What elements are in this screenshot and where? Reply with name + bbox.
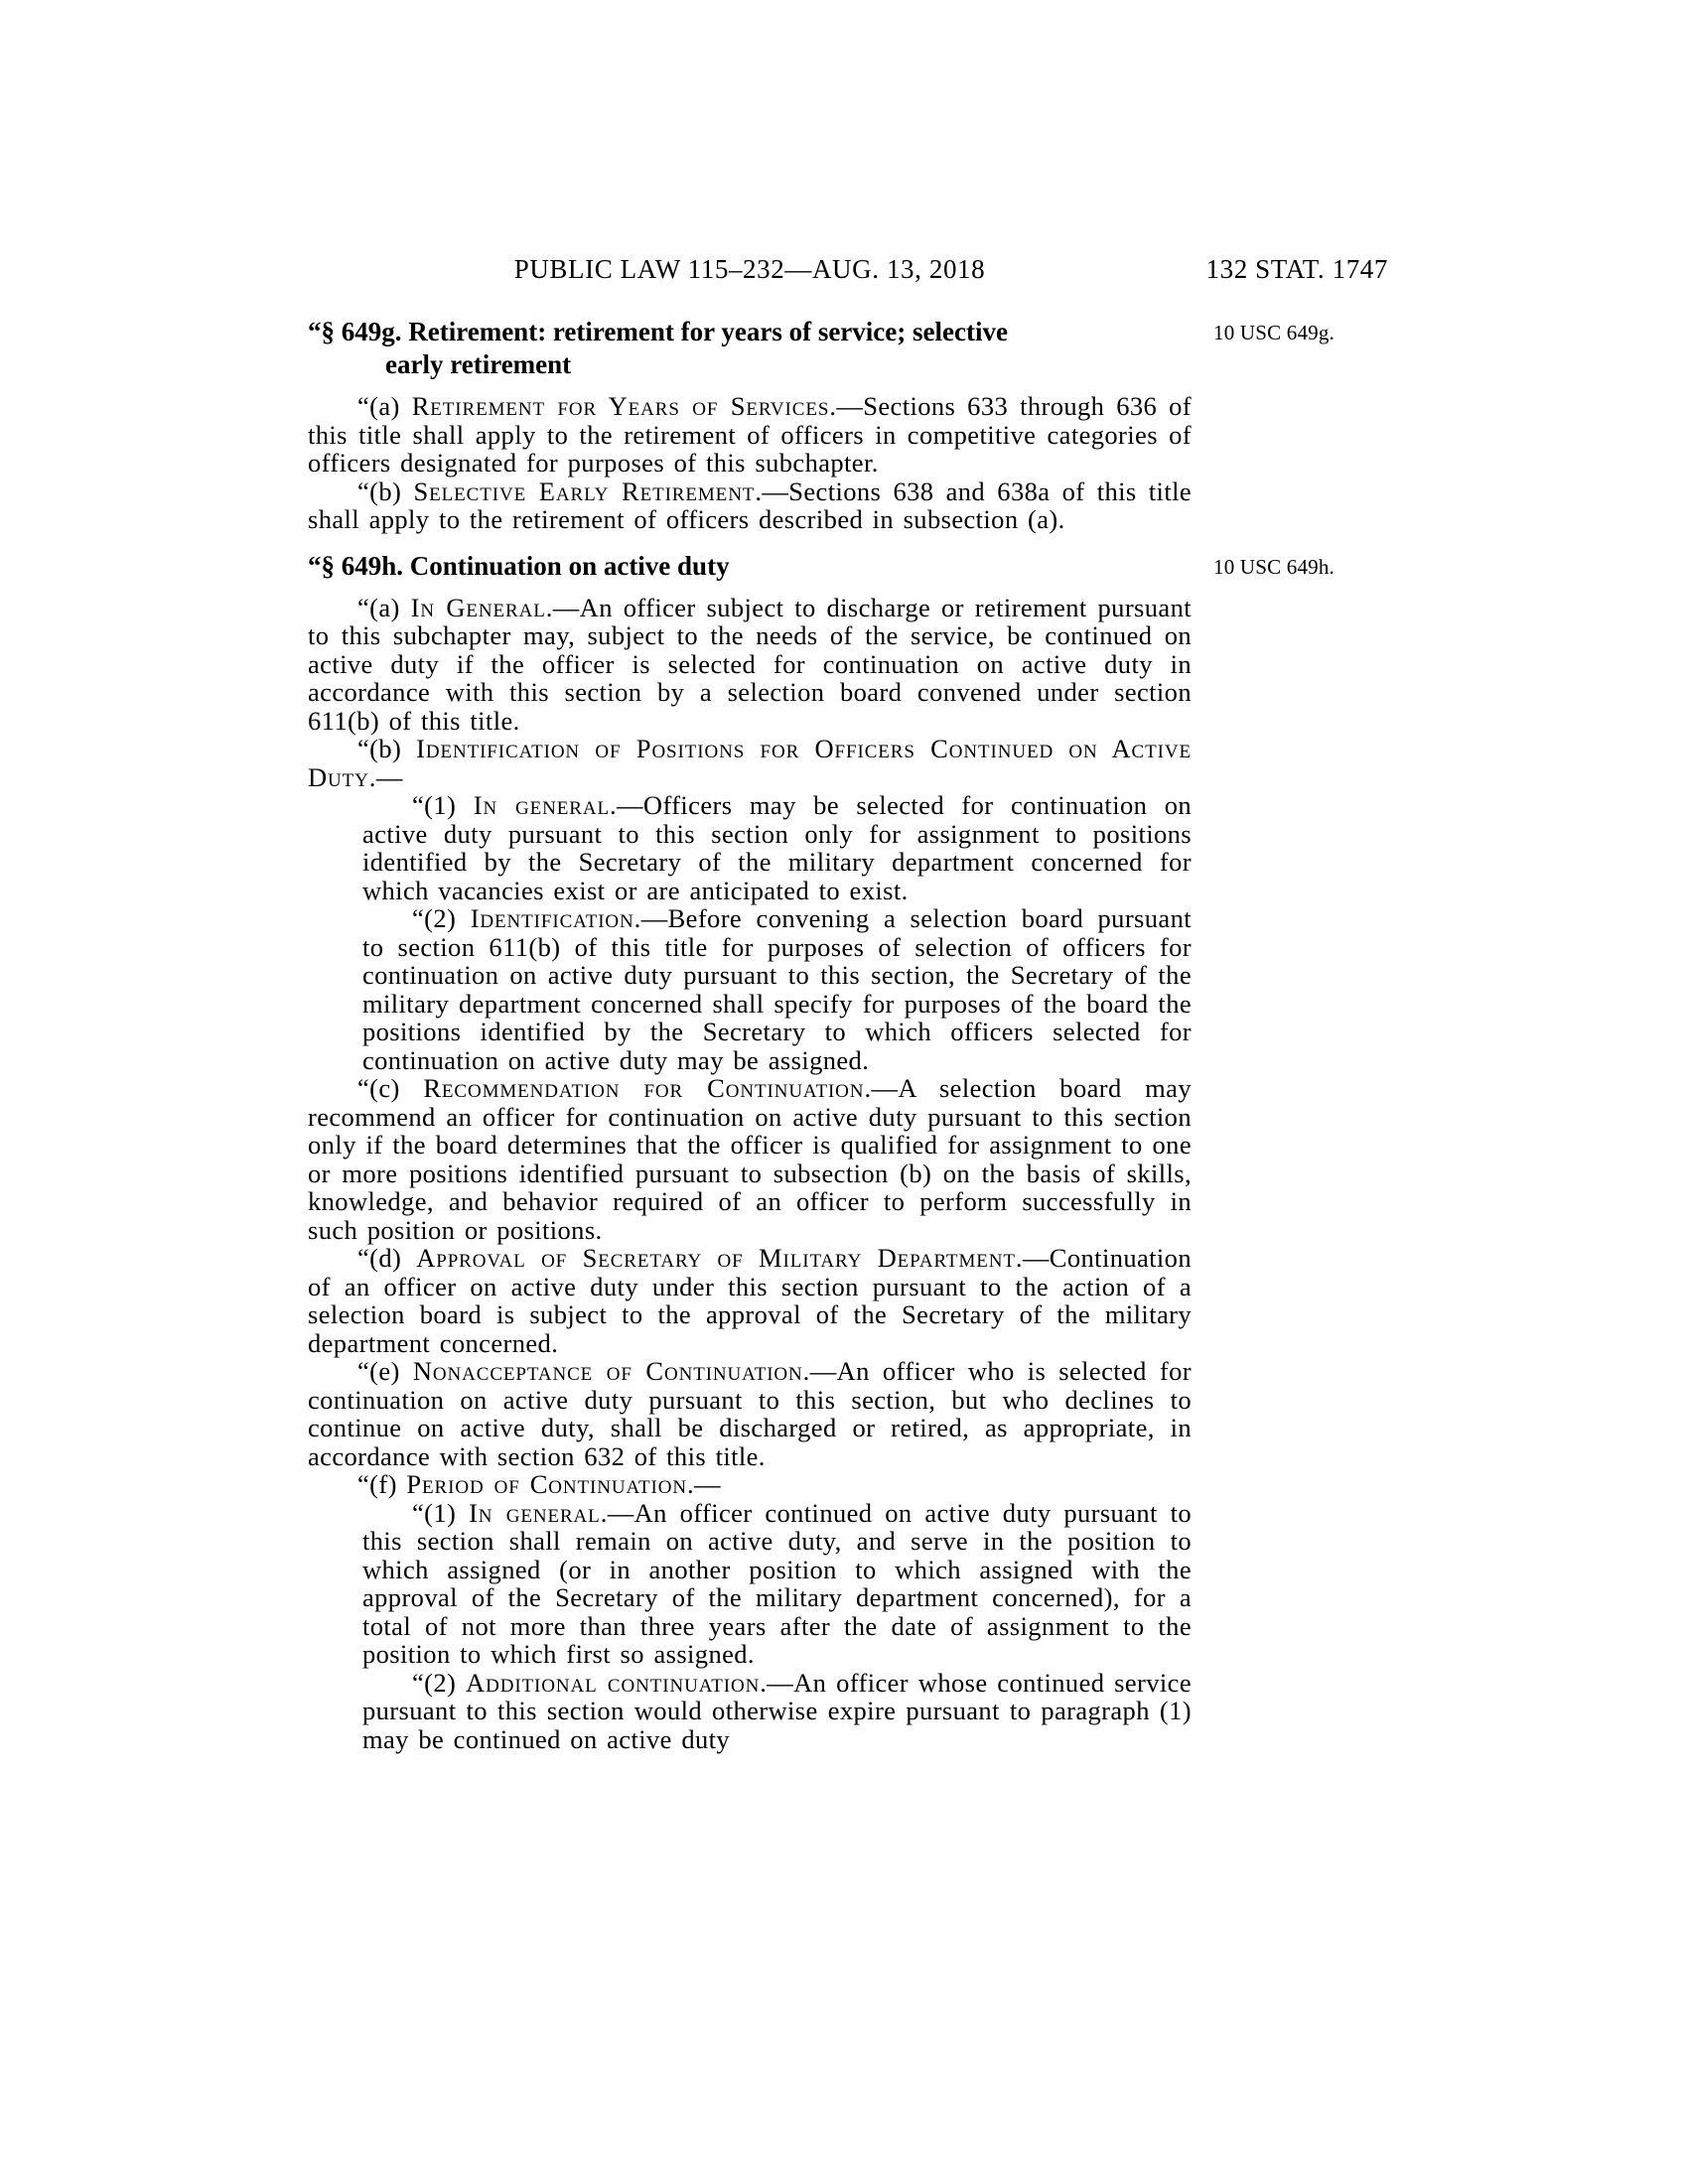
section-heading-649g: “§ 649g. Retirement: retirement for year… <box>308 316 1192 381</box>
statute-text: “§ 649g. Retirement: retirement for year… <box>308 316 1192 1753</box>
statute-paragraph: “(b) Selective Early Retirement.—Section… <box>308 478 1192 534</box>
statute-paragraph: “(e) Nonacceptance of Continuation.—An o… <box>308 1357 1192 1470</box>
paragraph-text: “(1) <box>412 1498 469 1528</box>
statute-paragraph: “(a) Retirement for Years of Services.—S… <box>308 392 1192 478</box>
statute-paragraph: “(c) Recommendation for Continuation.—A … <box>308 1074 1192 1244</box>
statute-paragraph: “(2) Identification.—Before convening a … <box>362 904 1192 1074</box>
paragraph-heading-smallcaps: Identification of Positions for Officers… <box>308 734 1192 792</box>
statute-paragraph: “(f) Period of Continuation.— <box>308 1470 1192 1499</box>
paragraph-text: “(b) <box>357 477 413 506</box>
paragraph-heading-smallcaps: In general <box>469 1498 601 1528</box>
section-heading-line: “§ 649h. Continuation on active duty <box>308 550 1192 583</box>
header-stat-citation: 132 STAT. 1747 <box>1206 254 1389 285</box>
paragraph-text: “(2) <box>412 1668 466 1698</box>
paragraph-text: .— <box>369 762 403 792</box>
statute-paragraph: “(b) Identification of Positions for Off… <box>308 735 1192 791</box>
paragraph-text: .— <box>687 1469 721 1499</box>
statute-paragraph: “(2) Additional continuation.—An officer… <box>362 1669 1192 1754</box>
paragraph-heading-smallcaps: Selective Early Retirement <box>413 477 755 506</box>
header-law-citation: PUBLIC LAW 115–232—AUG. 13, 2018 <box>308 254 1192 285</box>
paragraph-heading-smallcaps: Recommendation for Continuation <box>423 1073 864 1103</box>
running-header: PUBLIC LAW 115–232—AUG. 13, 2018 132 STA… <box>308 254 1388 290</box>
paragraph-heading-smallcaps: Identification <box>471 903 634 933</box>
paragraph-heading-smallcaps: In General <box>411 593 546 622</box>
margin-note-649h: 10 USC 649h. <box>1213 555 1452 579</box>
paragraph-heading-smallcaps: Retirement for Years of Services <box>412 391 830 421</box>
section-heading-line: early retirement <box>308 348 1192 381</box>
paragraph-heading-smallcaps: Approval of Secretary of Military Depart… <box>416 1243 1016 1273</box>
paragraph-text: “(f) <box>357 1469 406 1499</box>
paragraph-text: “(b) <box>357 734 416 763</box>
paragraph-text: “(e) <box>357 1356 413 1386</box>
section-heading-649h: “§ 649h. Continuation on active duty10 U… <box>308 550 1192 583</box>
statute-paragraph: “(1) In general.—Officers may be selecte… <box>362 791 1192 904</box>
paragraph-text: “(1) <box>412 790 474 820</box>
paragraph-heading-smallcaps: In general <box>474 790 610 820</box>
section-heading-line: “§ 649g. Retirement: retirement for year… <box>308 316 1192 348</box>
paragraph-heading-smallcaps: Period of Continuation <box>406 1469 687 1499</box>
paragraph-text: “(a) <box>357 391 412 421</box>
margin-note-649g: 10 USC 649g. <box>1213 321 1452 344</box>
paragraph-text: “(c) <box>357 1073 423 1103</box>
statute-paragraph: “(1) In general.—An officer continued on… <box>362 1499 1192 1669</box>
paragraph-text: “(d) <box>357 1243 416 1273</box>
paragraph-heading-smallcaps: Additional continuation <box>466 1668 760 1698</box>
paragraph-text: “(2) <box>412 903 471 933</box>
statute-paragraph: “(d) Approval of Secretary of Military D… <box>308 1244 1192 1357</box>
statute-paragraph: “(a) In General.—An officer subject to d… <box>308 594 1192 736</box>
page: PUBLIC LAW 115–232—AUG. 13, 2018 132 STA… <box>0 0 1688 2184</box>
paragraph-heading-smallcaps: Nonacceptance of Continuation <box>413 1356 803 1386</box>
paragraph-text: “(a) <box>357 593 411 622</box>
